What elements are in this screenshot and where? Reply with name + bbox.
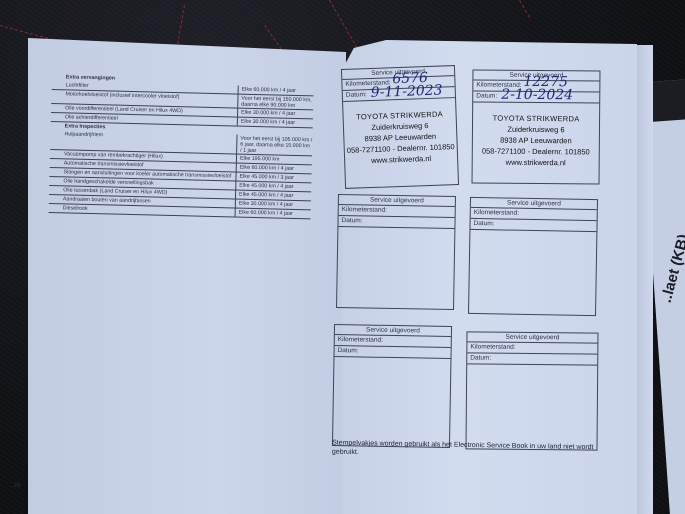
date-field: Datum: [470,219,596,232]
date-field: Datum:2-10-2024 [473,91,599,103]
maintenance-table: Extra vervangingen LuchtfilterElke 60.00… [49,73,314,219]
date-field: Datum: [334,346,450,359]
item-interval: Voor het eerst bij 150.000 km, daarna el… [237,95,313,110]
item-interval: Elke 60.000 km / 4 jaar [235,209,311,219]
handwritten-date: 9-11-2023 [371,83,443,99]
service-record-box: Service uitgevoerdKilometerstand:Datum: [336,194,456,310]
service-record-box: Service uitgevoerdKilometerstand:12275Da… [472,69,601,184]
item-interval: Voor het eerst bij 105.000 km / 6 jaar, … [236,135,312,156]
service-record-box: Service uitgevoerdKilometerstand:Datum: [332,324,452,448]
service-record-box: Service uitgevoerdKilometerstand:Datum: [468,197,598,316]
dealer-stamp: TOYOTA STRIKWERDAZuiderkruisweg 68938 AP… [473,112,599,168]
handwritten-date: 2-10-2024 [501,88,573,103]
service-record-box: Service uitgevoerdKilometerstand:Datum: [465,331,598,450]
page-number: 26 [14,483,21,489]
date-field: Datum: [338,216,454,229]
service-record-box: Service uitgevoerdKilometerstand:6576Dat… [341,65,459,189]
date-field: Datum: [467,353,597,365]
dealer-stamp: TOYOTA STRIKWERDAZuiderkruisweg 68938 AP… [343,108,457,167]
